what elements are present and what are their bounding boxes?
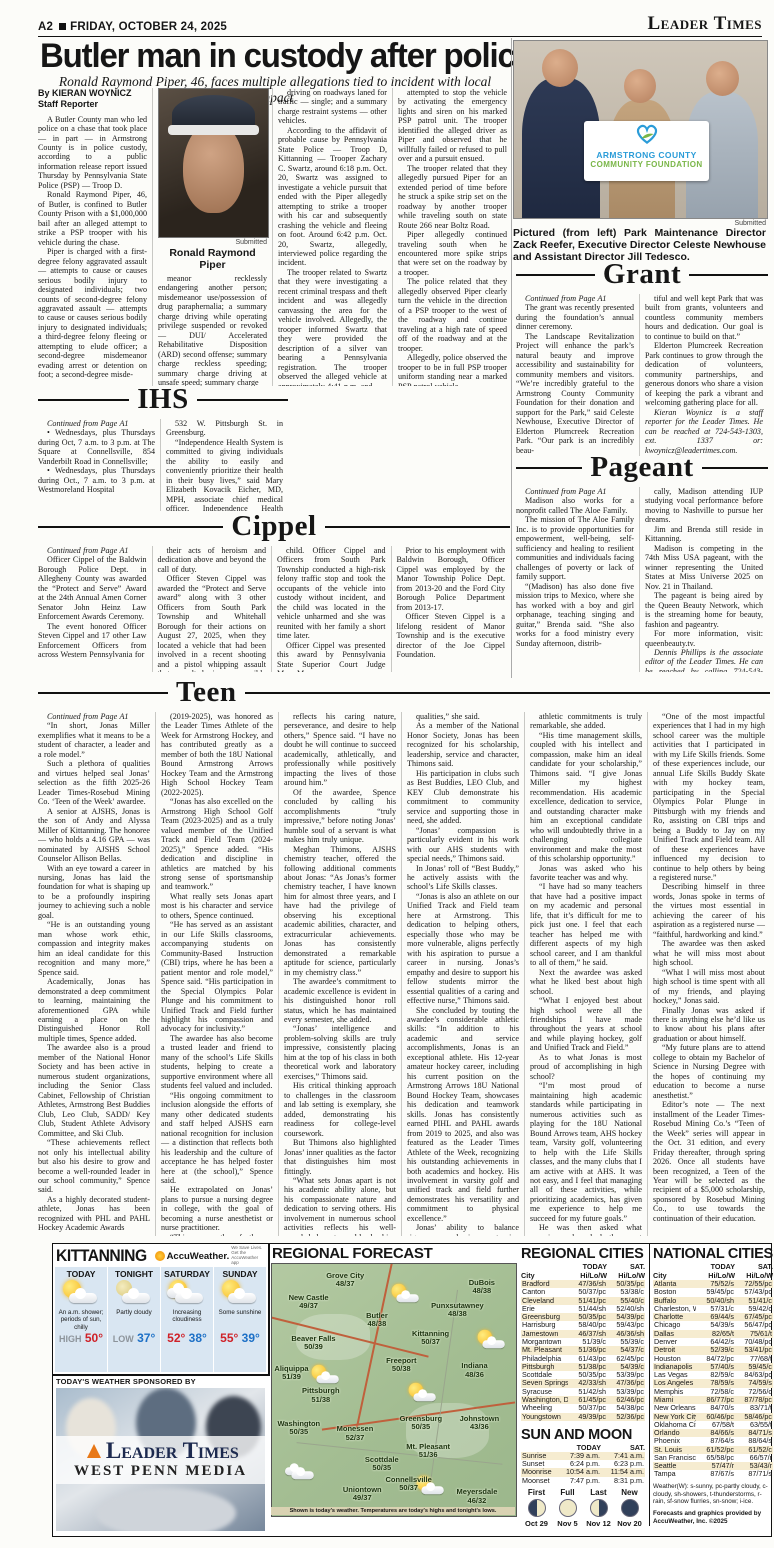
header-rule — [516, 467, 582, 469]
column-text: cally, Madison attending IUP studying vo… — [645, 487, 763, 648]
continued-line: Continued from Page A1 — [516, 487, 634, 496]
table-cell: Mt. Pleasant — [522, 1346, 568, 1354]
moon-phase-name: First — [521, 1488, 552, 1497]
table-cell: 49/39/pc — [568, 1413, 606, 1421]
col-header-today: TODAY — [569, 1262, 607, 1271]
map-city-label: Kittanning50/37 — [412, 1330, 449, 1347]
page-number: A2 — [38, 21, 53, 33]
table-cell: Philadelphia — [522, 1355, 568, 1363]
moon-phase-icon — [559, 1499, 577, 1517]
section-header: IHS — [38, 385, 288, 414]
date-text: FRIDAY, OCTOBER 24, 2025 — [70, 21, 227, 33]
table-cell: Youngstown — [522, 1413, 568, 1421]
photo-person-head — [624, 69, 656, 103]
table-cell: Charleston, WV — [654, 1305, 696, 1313]
article-column: 532 W. Pittsburgh St. in Greensburg.“Ind… — [160, 419, 288, 511]
forecast-panels: TODAY An a.m. shower; periods of sun, ch… — [53, 1267, 268, 1372]
header-rule — [38, 692, 168, 694]
table-cell: Orlando — [654, 1429, 696, 1437]
table-cell: Atlanta — [654, 1280, 696, 1288]
header-rule — [38, 399, 129, 401]
article-column: child. Officer Cippel and Officers from … — [271, 546, 391, 672]
map-sun-cloud-icon — [474, 1329, 509, 1351]
paragraph: reflects his caring nature, perseverance… — [284, 712, 396, 788]
map-city-label: Grove City48/37 — [326, 1272, 364, 1289]
column-text: driving on roadways laned for traffic — … — [278, 88, 387, 386]
forecast-temps: 52° 38° — [162, 1331, 212, 1345]
table-cell: Phoenix — [654, 1437, 696, 1445]
col-header-city: City — [521, 1271, 569, 1280]
day-label: SATURDAY — [162, 1269, 212, 1279]
section-header: Grant — [516, 260, 768, 289]
vertical-rule — [511, 38, 512, 678]
map-city-label: Monessen52/37 — [337, 1425, 374, 1442]
regional-cities: REGIONAL CITIES TODAY SAT. City Hi/Lo/W … — [521, 1244, 645, 1528]
paragraph: cally, Madison attending IUP studying vo… — [645, 487, 763, 525]
column-text: attempted to stop the vehicle by activat… — [398, 88, 507, 386]
national-cities-table: Atlanta75/52/s72/55/pcBoston59/45/pc57/4… — [653, 1280, 773, 1479]
paragraph: “Independence Health System is committed… — [166, 438, 283, 511]
forecast-desc: An a.m. shower; periods of sun, chilly — [56, 1309, 106, 1329]
section-title: IHS — [137, 385, 188, 414]
paragraph: driving on roadways laned for traffic — … — [278, 88, 387, 126]
map-city-temps: 49/37 — [343, 1494, 382, 1502]
paragraph: The trooper related to Swartz that they … — [278, 268, 387, 386]
paragraph: Officer Cippel was presented this award … — [277, 641, 386, 672]
group-photo: ARMSTRONG COUNTY COMMUNITY FOUNDATION — [513, 40, 768, 219]
moon-cloud-icon — [112, 1280, 156, 1308]
mugshot-photo — [158, 88, 269, 238]
article-column: Continued from Page A1 Madison also work… — [516, 487, 639, 672]
paragraph: “What sets Jonas apart is not his academ… — [284, 1176, 396, 1236]
mugshot-caption: Ronald Raymond Piper — [158, 247, 267, 271]
local-forecast-panel: KITTANNING AccuWeather. We Save Lives. G… — [53, 1244, 270, 1376]
moon-phases: FirstOct 29FullNov 5LastNov 12NewNov 20 — [521, 1488, 645, 1528]
sponsor-ad: ▲Leader Times WEST PENN MEDIA — [56, 1388, 265, 1531]
paragraph: His critical thinking approach to challe… — [284, 1081, 396, 1138]
paragraph: He extrapolated on Jonas’ plans to pursu… — [161, 1185, 273, 1232]
article-column: (2019-2025), was honored as the Leader T… — [155, 712, 278, 1236]
photo-person-head — [706, 61, 739, 96]
byline-title: Staff Reporter — [38, 99, 147, 110]
paragraph: Officer Steven Cippel was awarded the “P… — [158, 574, 267, 672]
paragraph: Prior to his employment with Baldwin Bor… — [397, 546, 506, 612]
paragraph: Madison also works for a nonprofit calle… — [516, 496, 634, 515]
reporter-tagline: Kieran Woynicz is a staff reporter for t… — [645, 408, 763, 455]
table-cell: Syracuse — [522, 1388, 568, 1396]
table-cell: Morgantown — [522, 1338, 568, 1346]
photo-credit: Submitted — [513, 220, 766, 227]
map-sun-cloud-icon — [389, 1284, 424, 1306]
column-text: child. Officer Cippel and Officers from … — [277, 546, 386, 672]
article-column: Submitted Ronald Raymond Piper meanor re… — [152, 88, 272, 386]
regional-forecast: REGIONAL FORECAST Grove City48/37DuBois4… — [270, 1244, 518, 1534]
paragraph: What really sets Jonas apart most is his… — [161, 892, 273, 920]
moon-phase: NewNov 20 — [614, 1488, 645, 1528]
map-city-label: Freeport50/38 — [386, 1357, 416, 1374]
paragraph: “His ongoing commitment to inclusion alo… — [161, 1091, 273, 1186]
map-city-label: Aliquippa51/39 — [274, 1365, 308, 1382]
continued-line: Continued from Page A1 — [38, 546, 147, 555]
article-column: Continued from Page A1 • Wednesdays, plu… — [38, 419, 160, 511]
table-cell: Tampa — [654, 1470, 696, 1478]
low-temp: 38° — [189, 1331, 207, 1345]
paragraph: His participation in clubs such as Best … — [407, 769, 519, 826]
foundation-logo: ARMSTRONG COUNTY COMMUNITY FOUNDATION — [584, 121, 709, 181]
map-city-label: Washington50/35 — [278, 1420, 321, 1437]
accuweather-name: AccuWeather. — [167, 1251, 230, 1262]
newspaper-page: A2FRIDAY, OCTOBER 24, 2025 Leader Times … — [0, 0, 774, 1548]
column-text: athletic commitments is truly remarkable… — [530, 712, 642, 1236]
map-cloud-icon — [284, 1460, 319, 1482]
article-column: their acts of heroism and dedication abo… — [152, 546, 272, 672]
lead-headline: Butler man in custody after police chase — [40, 37, 496, 76]
column-text: Officer Cippel of the Baldwin Borough Po… — [38, 555, 147, 659]
national-cities-title: NATIONAL CITIES — [653, 1244, 773, 1262]
col-header-sat: SAT. — [607, 1262, 645, 1271]
map-city-label: Punxsutawney48/38 — [431, 1302, 484, 1319]
temp-label: HIGH — [59, 1334, 82, 1344]
column-text: Madison also works for a nonprofit calle… — [516, 496, 634, 648]
map-city-temps: 51/39 — [274, 1373, 308, 1381]
map-city-temps: 51/36 — [406, 1451, 450, 1459]
paragraph: “My future plans are to attend college t… — [653, 1043, 765, 1100]
section-pageant: Pageant Continued from Page A1 Madison a… — [516, 453, 768, 672]
paragraph: “Jonas’ intelligence and problem-solving… — [284, 1024, 396, 1081]
table-cell: 87/67/s — [696, 1470, 734, 1478]
column-text: meanor recklessly endangering another pe… — [158, 274, 267, 386]
sponsor-logo-line1: ▲Leader Times — [56, 1439, 265, 1463]
header-rule — [197, 399, 288, 401]
header-rule — [702, 467, 768, 469]
paragraph: The grant was recently presented during … — [516, 303, 634, 331]
section-columns: Continued from Page A1 Madison also work… — [516, 487, 768, 672]
paragraph: He was then asked what experience has ha… — [530, 1223, 642, 1236]
col-header-today: TODAY — [697, 1262, 735, 1271]
paragraph: The police related that they allegedly o… — [398, 277, 507, 353]
masthead: Leader Times — [648, 14, 763, 33]
map-city-label: Scottdale50/35 — [365, 1456, 399, 1473]
section-columns: Continued from Page A1 “In short, Jonas … — [38, 712, 770, 1236]
high-temp: 50° — [85, 1331, 103, 1345]
header-rule — [325, 526, 510, 528]
paragraph: “He is an outstanding young man whose wo… — [38, 920, 150, 977]
paragraph: “In short, Jonas Miller exemplifies what… — [38, 721, 150, 759]
regional-forecast-title: REGIONAL FORECAST — [270, 1244, 518, 1263]
forecast-panel-today: TODAY An a.m. shower; periods of sun, ch… — [55, 1267, 107, 1372]
section-columns: Continued from Page A1 Officer Cippel of… — [38, 546, 510, 672]
table-cell: Sunset — [522, 1460, 556, 1468]
paragraph: “I have had so many teachers that have h… — [530, 882, 642, 967]
table-header: TODAY SAT. — [653, 1262, 773, 1271]
paragraph: Academically, Jonas has demonstrated a d… — [38, 977, 150, 1043]
moon-phase: LastNov 12 — [583, 1488, 614, 1528]
paragraph: meanor recklessly endangering another pe… — [158, 274, 267, 386]
table-cell: 8:31 p.m. — [600, 1477, 644, 1485]
paragraph: A senior at AJSHS, Jonas is the son of A… — [38, 807, 150, 864]
high-temp: 52° — [167, 1331, 185, 1345]
section-teen: Teen Continued from Page A1 “In short, J… — [38, 678, 770, 1236]
map-city-temps: 48/38 — [366, 1320, 388, 1328]
table-cell: Oklahoma City — [654, 1421, 696, 1429]
paragraph: Piper is charged with a first-degree fel… — [38, 247, 147, 380]
day-label: TONIGHT — [109, 1269, 159, 1279]
table-row: Youngstown49/39/pc52/36/pc — [521, 1413, 645, 1421]
clouds-sun-icon — [165, 1280, 209, 1308]
paragraph: Jonas’ ability to balance rigorous acade… — [407, 1223, 519, 1236]
weather-legend: Weather(W): s-sunny, pc-partly cloudy, c… — [653, 1483, 773, 1507]
column-text: • Wednesdays, plus Thursdays during Oct,… — [38, 428, 155, 494]
column-text: (2019-2025), was honored as the Leader T… — [161, 712, 273, 1236]
paragraph: qualities,” she said. — [407, 712, 519, 721]
paragraph: A Butler County man who led police on a … — [38, 115, 147, 191]
weather-strip: KITTANNING AccuWeather. We Save Lives. G… — [52, 1243, 772, 1537]
paragraph: But Thimons also highlighted Jonas’ inne… — [284, 1138, 396, 1176]
table-cell: Harrisburg — [522, 1321, 568, 1329]
table-cell: Las Vegas — [654, 1371, 696, 1379]
editor-tagline: Dennis Phillips is the associate editor … — [645, 648, 763, 672]
moon-phase-icon — [590, 1499, 608, 1517]
sponsor-label: TODAY'S WEATHER SPONSORED BY — [56, 1377, 196, 1386]
section-title: Cippel — [231, 512, 316, 541]
paragraph: tiful and well kept Park that was built … — [645, 294, 763, 341]
paragraph: athletic commitments is truly remarkable… — [530, 712, 642, 731]
column-text: Prior to his employment with Baldwin Bor… — [397, 546, 506, 660]
ad-photo-shape — [96, 1488, 236, 1531]
photo-person-head — [542, 49, 578, 87]
paragraph: The pageant is being aired by the Queen … — [645, 591, 763, 629]
paragraph: With an eye toward a career in nursing, … — [38, 864, 150, 921]
table-cell: Cleveland — [522, 1297, 568, 1305]
table-cell: Charlotte — [654, 1313, 696, 1321]
forecast-temps: 55° 39° — [215, 1331, 265, 1345]
section-header: Teen — [38, 678, 770, 707]
accuweather-credit: Forecasts and graphics provided by AccuW… — [653, 1510, 773, 1526]
table-row: Moonset7:47 p.m.8:31 p.m. — [521, 1477, 645, 1485]
paragraph: “What I will miss most about high school… — [653, 968, 765, 1006]
weather-location: KITTANNING — [56, 1246, 147, 1266]
forecast-temps: LOW 37° — [109, 1331, 159, 1345]
paragraph: Ronald Raymond Piper, 46, of Butler, is … — [38, 190, 147, 247]
paragraph: For more information, visit: queenbeauty… — [645, 629, 763, 648]
national-cities: NATIONAL CITIES TODAY SAT. City Hi/Lo/W … — [649, 1244, 773, 1526]
map-city-temps: 50/35 — [278, 1428, 321, 1436]
paragraph: Describing himself in three words, Jonas… — [653, 882, 765, 939]
column-text: their acts of heroism and dedication abo… — [158, 546, 267, 672]
paragraph: Next the awardee was asked what he liked… — [530, 968, 642, 996]
photo-face — [183, 122, 244, 214]
regional-cities-title: REGIONAL CITIES — [521, 1244, 645, 1262]
article-column: Prior to his employment with Baldwin Bor… — [391, 546, 511, 672]
forecast-panel-tonight: TONIGHT Partly cloudy LOW 37° — [108, 1267, 160, 1372]
table-cell: San Francisco — [654, 1454, 696, 1462]
paragraph: Officer Cippel of the Baldwin Borough Po… — [38, 555, 147, 621]
section-title: Teen — [176, 678, 237, 707]
table-cell: Jamestown — [522, 1330, 568, 1338]
map-city-temps: 50/38 — [386, 1365, 416, 1373]
sponsor-logo-text: Leader Times — [106, 1438, 239, 1463]
map-city-label: Connellsville50/37 — [385, 1476, 431, 1493]
map-city-label: DuBois48/38 — [469, 1279, 495, 1296]
paragraph: The trooper related that they allegedly … — [398, 164, 507, 230]
table-cell: Pittsburgh — [522, 1363, 568, 1371]
sun-moon-title: SUN AND MOON — [521, 1425, 645, 1443]
paragraph: attempted to stop the vehicle by activat… — [398, 88, 507, 164]
moon-phase-name: Last — [583, 1488, 614, 1497]
square-bullet-icon — [59, 23, 66, 30]
map-city-label: Beaver Falls50/39 — [291, 1335, 335, 1352]
paragraph: “Jonas has also excelled on the Armstron… — [161, 797, 273, 892]
header-rule — [38, 526, 223, 528]
table-cell: Detroit — [654, 1346, 696, 1354]
column-text: The grant was recently presented during … — [516, 303, 634, 455]
paragraph: • Wednesdays, plus Thursdays during Oct,… — [38, 428, 155, 466]
table-row: Tampa87/67/s87/71/s — [653, 1470, 773, 1478]
page-date: A2FRIDAY, OCTOBER 24, 2025 — [38, 21, 227, 33]
map-city-temps: 50/39 — [291, 1343, 335, 1351]
day-label: TODAY — [56, 1269, 106, 1279]
paragraph: their acts of heroism and dedication abo… — [158, 546, 267, 574]
local-forecast-header: KITTANNING AccuWeather. We Save Lives. G… — [53, 1244, 268, 1267]
table-cell: Boston — [654, 1288, 696, 1296]
map-footnote: Shown is today's weather. Temperatures a… — [271, 1507, 515, 1515]
day-label: SUNDAY — [215, 1269, 265, 1279]
map-city-label: Pittsburgh51/38 — [302, 1387, 340, 1404]
table-cell: 7:47 p.m. — [556, 1477, 600, 1485]
article-column: “One of the most impactful experiences t… — [647, 712, 770, 1236]
paragraph: “Jonas’ compassion is particularly evide… — [407, 826, 519, 864]
foundation-logo-line1: ARMSTRONG COUNTY — [584, 150, 709, 160]
column-text: qualities,” she said.As a member of the … — [407, 712, 519, 1236]
sun-cloud-icon — [59, 1280, 103, 1308]
header-rule — [516, 274, 595, 276]
map-city-temps: 43/36 — [460, 1423, 500, 1431]
paragraph: The event honored Officer Steven Cippel … — [38, 622, 147, 660]
paragraph: Such a plethora of qualities and virtues… — [38, 759, 150, 806]
table-cell: Wheeling — [522, 1404, 568, 1412]
header-rule — [245, 692, 770, 694]
map-city-temps: 48/38 — [469, 1287, 495, 1295]
photo-cap-brim — [168, 125, 260, 135]
paragraph: Piper allegedly continued traveling sout… — [398, 230, 507, 277]
map-city-temps: 50/37 — [412, 1338, 449, 1346]
table-cell: Greensburg — [522, 1313, 568, 1321]
map-city-temps: 48/37 — [326, 1280, 364, 1288]
table-header: TODAY SAT. — [521, 1262, 645, 1271]
map-city-label: Indiana48/36 — [461, 1362, 487, 1379]
forecast-desc: Some sunshine — [215, 1309, 265, 1329]
moon-phase-name: New — [614, 1488, 645, 1497]
table-cell: Canton — [522, 1288, 568, 1296]
map-sun-cloud-icon — [308, 1365, 343, 1387]
paragraph: In Jonas’ roll of “Best Buddy,” he activ… — [407, 864, 519, 892]
paragraph: “This career path perfectly — [161, 1233, 273, 1236]
column-text: “One of the most impactful experiences t… — [653, 712, 765, 1223]
map-city-label: Greensburg50/35 — [400, 1415, 443, 1432]
column-text: 532 W. Pittsburgh St. in Greensburg.“Ind… — [166, 419, 283, 511]
map-city-label: Butler48/38 — [366, 1312, 388, 1329]
section-title: Pageant — [590, 453, 693, 482]
moon-phase: FullNov 5 — [552, 1488, 583, 1528]
paragraph: “(Madison) has also done five mission tr… — [516, 582, 634, 648]
paragraph: Of the awardee, Spence concluded by call… — [284, 788, 396, 845]
column-text: A Butler County man who led police on a … — [38, 115, 147, 380]
table-cell: Indianapolis — [654, 1363, 696, 1371]
paragraph: Allegedly, police observed the trooper t… — [398, 353, 507, 386]
section-header: Pageant — [516, 453, 768, 482]
map-city-label: Meyersdale46/32 — [457, 1488, 498, 1505]
article-column: qualities,” she said.As a member of the … — [401, 712, 524, 1236]
sun-moon-table: Sunrise7:39 a.m.7:41 a.m.Sunset6:24 p.m.… — [521, 1452, 645, 1485]
paragraph: According to the affidavit of probable c… — [278, 126, 387, 268]
map-city-temps: 52/37 — [337, 1434, 374, 1442]
table-cell: Miami — [654, 1396, 696, 1404]
table-cell: Memphis — [654, 1388, 696, 1396]
accuweather-brand: AccuWeather. We Save Lives. Get the Accu… — [155, 1246, 266, 1266]
sponsor-logo-line2: WEST PENN MEDIA — [56, 1463, 265, 1480]
map-city-temps: 50/35 — [400, 1423, 443, 1431]
table-cell: New York City — [654, 1413, 696, 1421]
section-grant: Grant Continued from Page A1 The grant w… — [516, 260, 768, 456]
leader-times-a-icon: ▲ — [82, 1438, 106, 1464]
table-cell: Chicago — [654, 1321, 696, 1329]
section-ihs: IHS Continued from Page A1 • Wednesdays,… — [38, 385, 288, 511]
moon-phase-icon — [528, 1499, 546, 1517]
section-columns: Continued from Page A1 The grant was rec… — [516, 294, 768, 456]
column-text: reflects his caring nature, perseverance… — [284, 712, 396, 1236]
high-temp: 55° — [220, 1331, 238, 1345]
table-cell: Washington, DC — [522, 1396, 568, 1404]
article-column: Continued from Page A1 The grant was rec… — [516, 294, 639, 456]
paragraph: “His time management skills, coupled wit… — [530, 731, 642, 864]
paragraph: • Wednesdays, plus Thursdays during Oct.… — [38, 466, 155, 494]
forecast-map: Grove City48/37DuBois48/38New Castle49/3… — [271, 1263, 517, 1517]
paragraph: As a member of the National Honor Societ… — [407, 721, 519, 768]
col-header-sat: SAT. — [735, 1262, 773, 1271]
sun-cloud-icon — [218, 1280, 262, 1308]
map-city-temps: 46/32 — [457, 1497, 498, 1505]
photo-credit: Submitted — [158, 239, 267, 246]
table-cell: Moonrise — [522, 1468, 556, 1476]
paragraph: The awardee also is a proud member of th… — [38, 1043, 150, 1138]
forecast-panel-sunday: SUNDAY Some sunshine 55° 39° — [214, 1267, 266, 1372]
paragraph: child. Officer Cippel and Officers from … — [277, 546, 386, 641]
low-temp: 37° — [137, 1331, 155, 1345]
paragraph: The awardee was then asked what he will … — [653, 939, 765, 967]
byline: By KIERAN WOYNICZ Staff Reporter — [38, 88, 147, 110]
paragraph: As a highly decorated student-athlete, J… — [38, 1195, 150, 1233]
page-header: A2FRIDAY, OCTOBER 24, 2025 Leader Times — [38, 14, 762, 37]
table-cell: Denver — [654, 1338, 696, 1346]
table-cell: Bradford — [522, 1280, 568, 1288]
map-city-temps: 51/38 — [302, 1396, 340, 1404]
moon-phase: FirstOct 29 — [521, 1488, 552, 1528]
article-column: reflects his caring nature, perseverance… — [278, 712, 401, 1236]
map-city-temps: 48/38 — [431, 1310, 484, 1318]
accuweather-tagline: We Save Lives. Get the AccuWeather app — [231, 1246, 265, 1266]
table-cell: Scottdale — [522, 1371, 568, 1379]
moon-phase-icon — [621, 1499, 639, 1517]
section-title: Grant — [603, 260, 681, 289]
accuweather-sun-icon — [155, 1251, 165, 1261]
paragraph: (2019-2025), was honored as the Leader T… — [161, 712, 273, 797]
table-cell: Moonset — [522, 1477, 556, 1485]
paragraph: “I’m most proud of maintaining high acad… — [530, 1081, 642, 1223]
article-column: attempted to stop the vehicle by activat… — [392, 88, 512, 386]
column-text: “In short, Jonas Miller exemplifies what… — [38, 721, 150, 1232]
continued-line: Continued from Page A1 — [38, 419, 155, 428]
paragraph: “One of the most impactful experiences t… — [653, 712, 765, 882]
